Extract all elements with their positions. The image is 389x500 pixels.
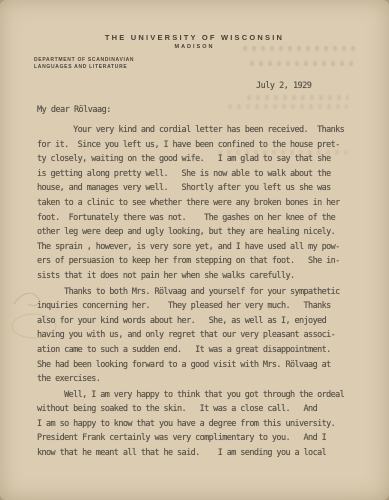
letter-line: ation came to such a sudden end. It was …	[37, 343, 363, 358]
letter-body: Your very kind and cordial letter has be…	[37, 123, 363, 462]
letterhead-city: MADISON	[0, 44, 389, 50]
paragraph: Well, I am very happy to think that you …	[37, 388, 363, 461]
letter-line: for it. Since you left us, I have been c…	[37, 138, 363, 153]
letter-date: July 2, 1929	[256, 81, 311, 91]
letter-line: other leg were deep and ugly looking, bu…	[37, 225, 363, 240]
letter-line: foot. Fortunately there was not. The gas…	[37, 211, 363, 226]
bleedthrough-streak	[228, 104, 348, 109]
letter-line: ty closely, waiting on the good wife. I …	[37, 152, 363, 167]
letter-line: Your very kind and cordial letter has be…	[37, 123, 363, 138]
letterhead-department: DEPARTMENT OF SCANDINAVIAN LANGUAGES AND…	[34, 57, 134, 71]
letter-line: is getting along pretty well. She is now…	[37, 167, 363, 182]
letter-line: taken to a clinic to see whether there w…	[37, 196, 363, 211]
department-line: DEPARTMENT OF SCANDINAVIAN	[34, 57, 134, 64]
letter-line: without being soaked to the skin. It was…	[37, 402, 363, 417]
paragraph: Thanks to both Mrs. Rölvaag and yourself…	[37, 285, 363, 387]
department-line: LANGUAGES AND LITERATURE	[34, 64, 134, 71]
letter-line: Thanks to both Mrs. Rölvaag and yourself…	[37, 285, 363, 300]
letter-line: sists that it does not pain her when she…	[37, 269, 363, 284]
letter-line: She had been looking forward to a good v…	[37, 358, 363, 373]
letter-line: ers of persuasion to keep her from stepp…	[37, 254, 363, 269]
letter-line: President Frank certainly was very compl…	[37, 431, 363, 446]
paragraph: Your very kind and cordial letter has be…	[37, 123, 363, 284]
letter-line: having you with us, and only regret that…	[37, 328, 363, 343]
letter-line: the exercises.	[37, 372, 363, 387]
scanned-letter-image: { "letterhead": { "title": "THE UNIVERSI…	[0, 0, 389, 500]
bleedthrough-streak	[250, 61, 354, 66]
letter-page: THE UNIVERSITY OF WISCONSIN MADISON DEPA…	[0, 0, 389, 500]
letter-line: Well, I am very happy to think that you …	[37, 388, 363, 403]
letter-line: know that he meant all that he said. I a…	[37, 446, 363, 461]
letter-line: also for your kind words about her. She,…	[37, 314, 363, 329]
letter-salutation: My dear Rölvaag:	[37, 105, 111, 115]
letter-line: The sprain , however, is very sore yet, …	[37, 240, 363, 255]
letter-line: inquiries concerning her. They pleased h…	[37, 299, 363, 314]
bleedthrough-streak	[247, 95, 349, 100]
letter-line: house, and manages very well. Shortly af…	[37, 181, 363, 196]
letter-line: I am so happy to know that you have a de…	[37, 417, 363, 432]
letterhead-title: THE UNIVERSITY OF WISCONSIN	[0, 33, 389, 42]
